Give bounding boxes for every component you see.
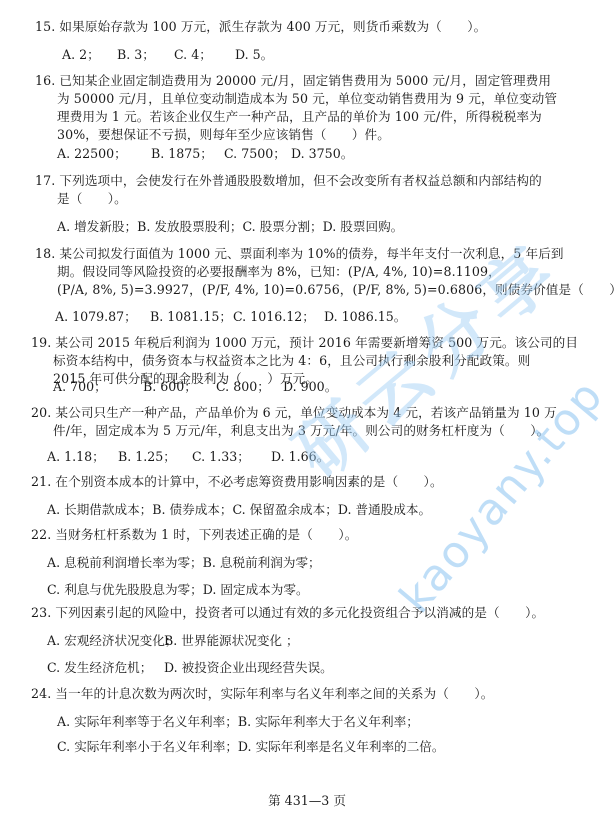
q24-options-ab: A. 实际年利率等于名义年利率；B. 实际年利率大于名义年利率； — [57, 714, 419, 730]
q16-option-c: C. 7500； — [224, 146, 286, 162]
question-16-line-4: 30%，要想保证不亏损，则每年至少应该销售（ ）件。 — [57, 127, 390, 143]
q23-option-b: B. 世界能源状况变化 ； — [164, 633, 299, 649]
question-16-line-2: 为 50000 元/月，且单位变动制造成本为 50 元，单位变动销售费用为 9 … — [57, 91, 557, 107]
question-17-line-2: 是（ ）。 — [57, 191, 127, 207]
q20-option-d: D. 1.66。 — [271, 449, 329, 465]
q15-option-a: A. 2； — [62, 47, 100, 63]
q18-option-a: A. 1079.87； — [55, 309, 137, 325]
q19-option-c: C. 800； — [216, 379, 270, 395]
q21-options: A. 长期借款成本；B. 债券成本；C. 保留盈余成本；D. 普通股成本。 — [47, 502, 431, 518]
q20-option-a: A. 1.18； — [47, 449, 105, 465]
question-21-line-1: 21. 在个别资本成本的计算中，不必考虑筹资费用影响因素的是（ ）。 — [31, 474, 443, 490]
q22-options-cd: C. 利息与优先股股息为零；D. 固定成本为零。 — [47, 582, 309, 598]
q15-option-b: B. 3； — [117, 47, 155, 63]
q16-option-a: A. 22500； — [57, 146, 127, 162]
q23-option-c: C. 发生经济危机； — [47, 660, 152, 676]
question-18-line-2: 期。假设同等风险投资的必要报酬率为 8%，已知：(P/A, 4%, 10)=8.… — [57, 264, 501, 280]
q24-options-cd: C. 实际年利率小于名义年利率；D. 实际年利率是名义年利率的二倍。 — [57, 739, 444, 755]
question-23-line-1: 23. 下列因素引起的风险中，投资者可以通过有效的多元化投资组合予以消减的是（ … — [31, 605, 544, 621]
q18-option-c: C. 1016.12； — [233, 309, 315, 325]
q20-option-c: C. 1.33； — [192, 449, 250, 465]
page-number: 第 431—3 页 — [0, 790, 614, 809]
question-15-line-1: 15. 如果原始存款为 100 万元，派生存款为 400 万元，则货币乘数为（ … — [35, 19, 486, 35]
exam-page: 15. 如果原始存款为 100 万元，派生存款为 400 万元，则货币乘数为（ … — [0, 0, 614, 833]
question-18-line-1: 18. 某公司拟发行面值为 1000 元、票面利率为 10%的债券，每半年支付一… — [35, 246, 564, 262]
question-18-line-3: (P/A, 8%, 5)=3.9927，(P/F, 4%, 10)=0.6756… — [57, 282, 614, 298]
q19-option-b: B. 600； — [143, 379, 197, 395]
q16-option-b: B. 1875； — [151, 146, 213, 162]
question-24-line-1: 24. 当一年的计息次数为两次时，实际年利率与名义年利率之间的关系为（ ）。 — [31, 686, 493, 702]
q19-option-a: A. 700； — [53, 379, 107, 395]
question-19-line-2: 标资本结构中，债务资本与权益资本之比为 4：6，且公司执行剩余股利分配政策。则 — [53, 353, 530, 369]
question-19-line-1: 19. 某公司 2015 年税后利润为 1000 万元，预计 2016 年需要新… — [31, 335, 578, 351]
q18-option-d: D. 1086.15。 — [324, 309, 406, 325]
q17-options: A. 增发新股；B. 发放股票股利；C. 股票分割；D. 股票回购。 — [57, 219, 403, 235]
question-16-line-1: 16. 已知某企业固定制造费用为 20000 元/月，固定销售费用为 5000 … — [35, 73, 551, 89]
q16-option-d: D. 3750。 — [291, 146, 353, 162]
q18-option-b: B. 1081.15； — [150, 309, 232, 325]
question-17-line-1: 17. 下列选项中，会使发行在外普通股股数增加，但不会改变所有者权益总额和内部结… — [35, 173, 542, 189]
q23-option-a: A. 宏观经济状况变化； — [47, 633, 177, 649]
q20-option-b: B. 1.25； — [118, 449, 176, 465]
question-16-line-3: 理费用为 1 元。若该企业仅生产一种产品，且产品的单价为 100 元/件，所得税… — [57, 109, 542, 125]
q23-option-d: D. 被投资企业出现经营失误。 — [164, 660, 333, 676]
question-22-line-1: 22. 当财务杠杆系数为 1 时，下列表述正确的是（ ）。 — [31, 527, 357, 543]
q22-options-ab: A. 息税前利润增长率为零；B. 息税前利润为零； — [47, 555, 321, 571]
question-20-line-2: 件/年，固定成本为 5 万元/年，利息支出为 3 万元/年。则公司的财务杠杆度为… — [53, 423, 549, 439]
q15-option-d: D. 5。 — [235, 47, 273, 63]
question-20-line-1: 20. 某公司只生产一种产品，产品单价为 6 元，单位变动成本为 4 元，若该产… — [31, 405, 557, 421]
q15-option-c: C. 4； — [174, 47, 212, 63]
q19-option-d: D. 900。 — [283, 379, 337, 395]
